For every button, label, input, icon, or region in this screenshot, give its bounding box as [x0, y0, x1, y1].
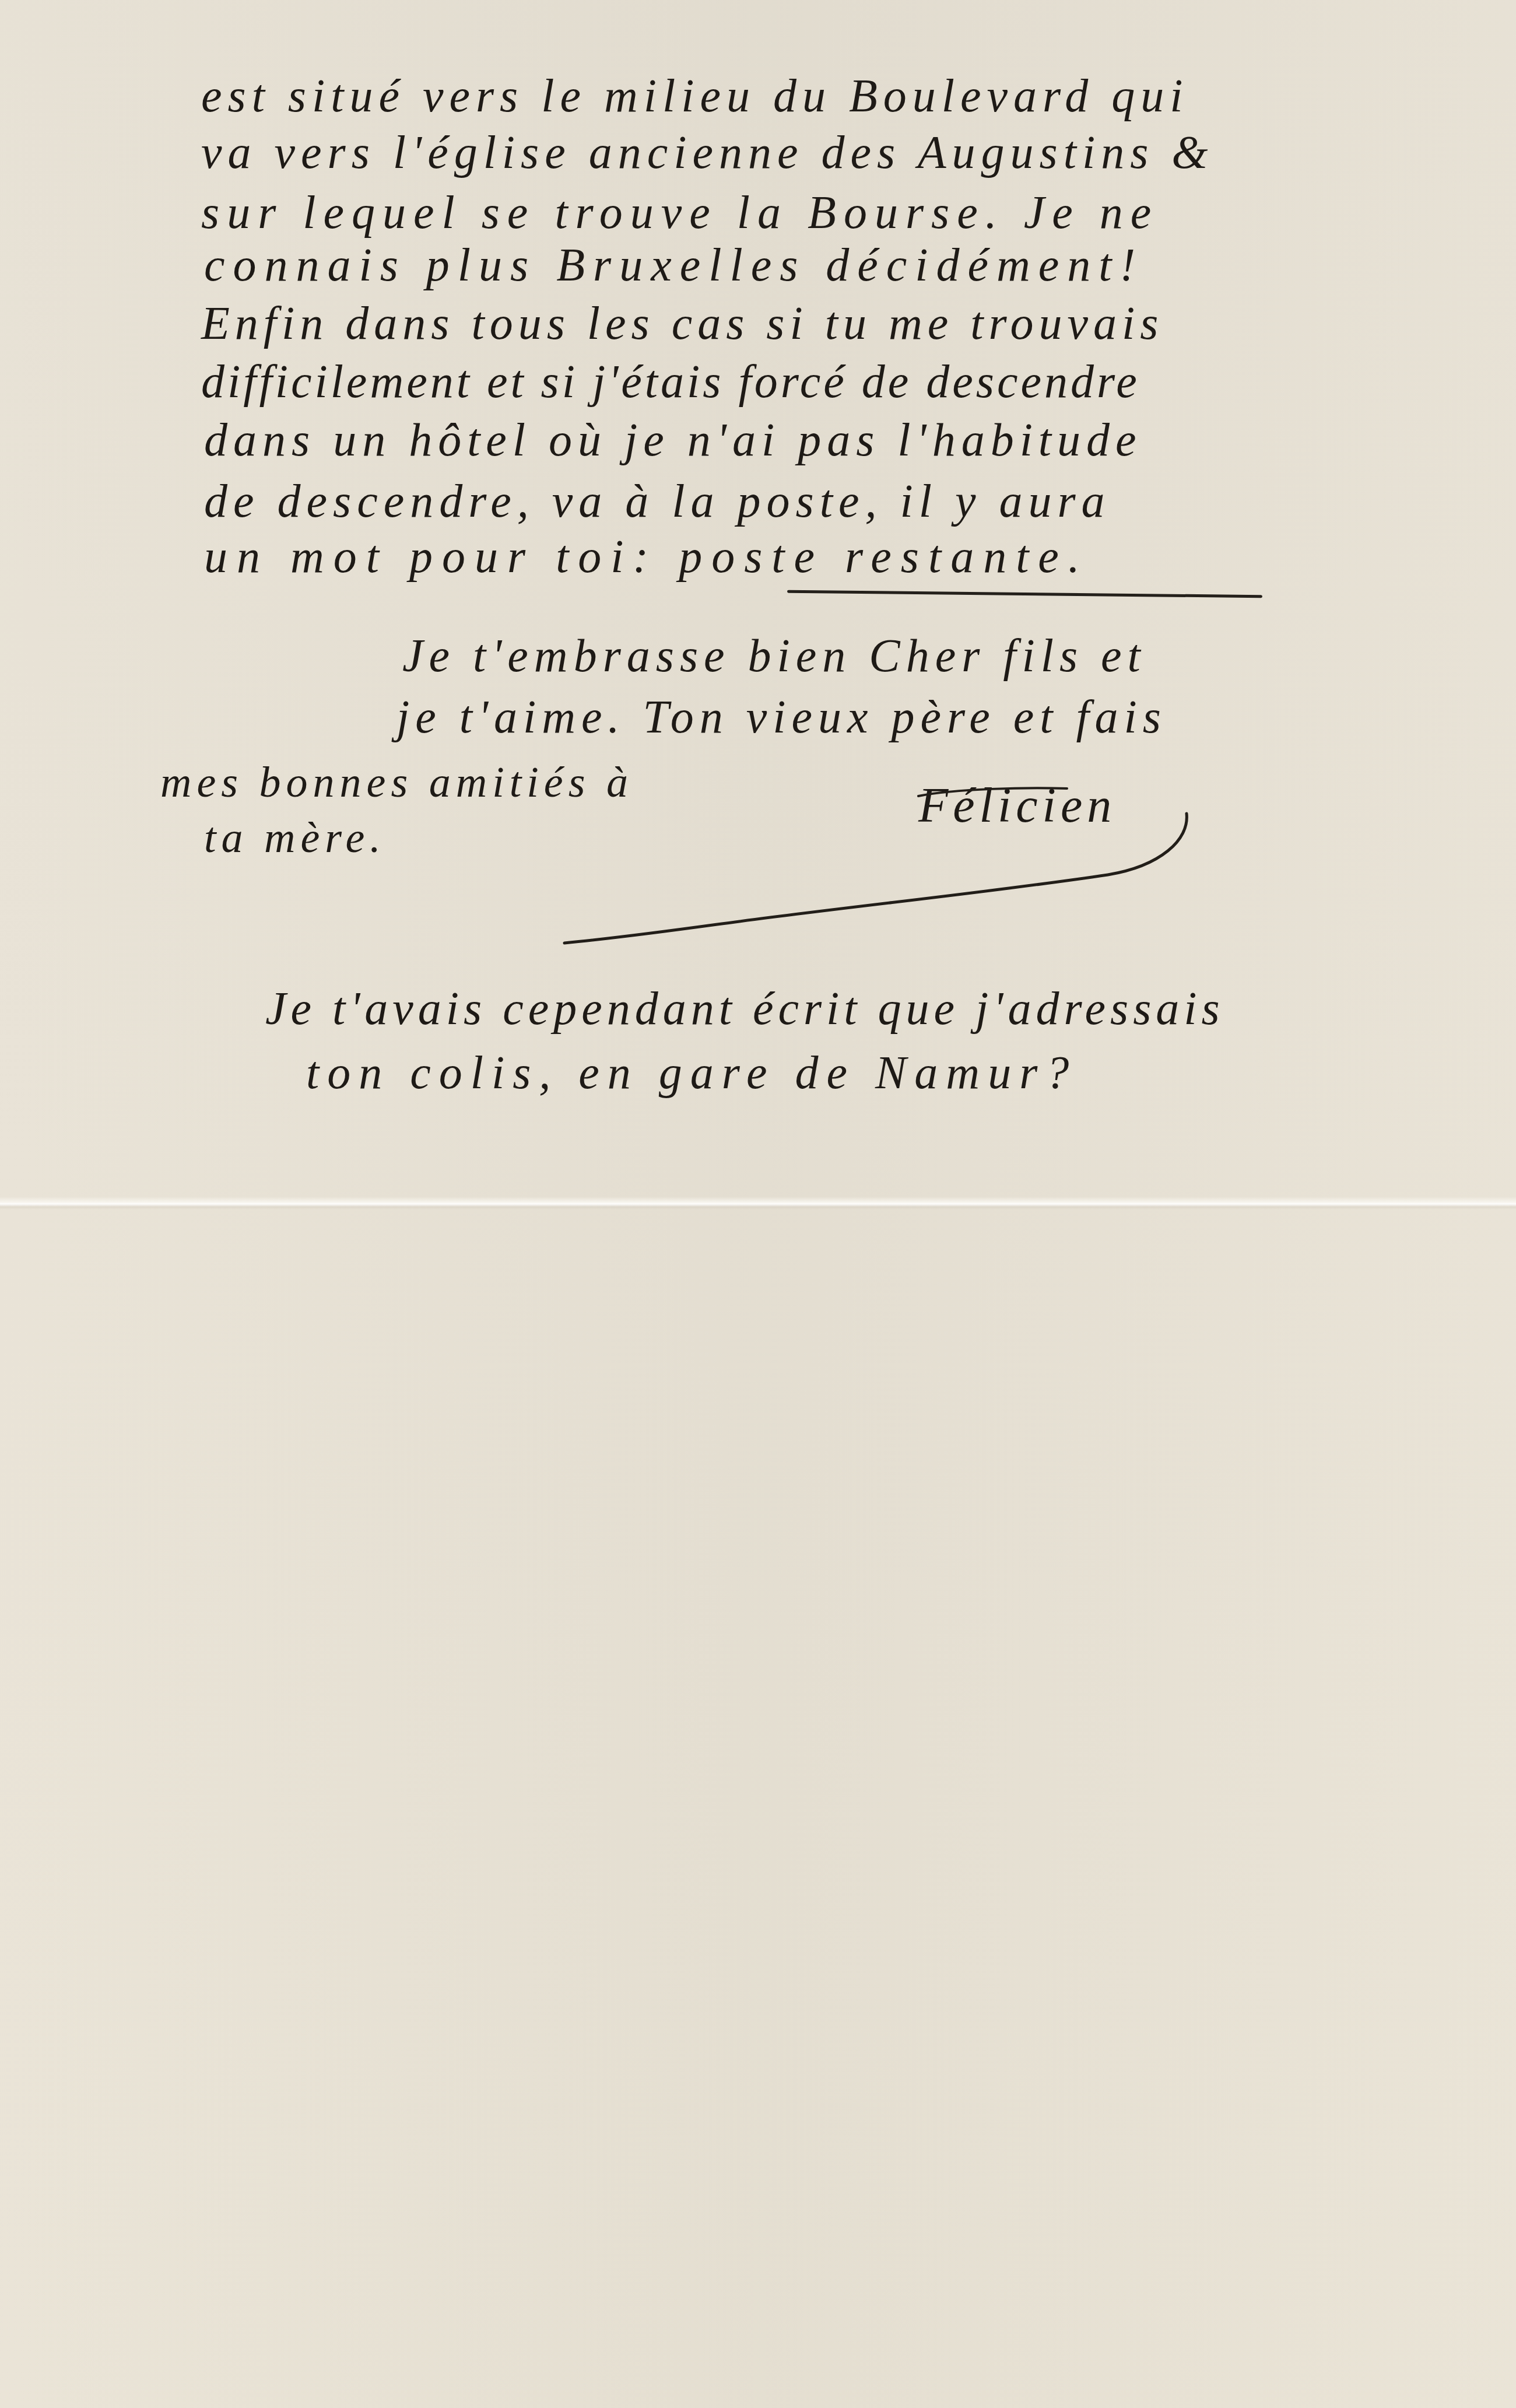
postscript-line-1: Je t'avais cependant écrit que j'adressa…: [265, 986, 1224, 1032]
paper-fold-line: [0, 1197, 1516, 1210]
postscript-line-2: ton colis, en gare de Namur?: [306, 1050, 1077, 1096]
